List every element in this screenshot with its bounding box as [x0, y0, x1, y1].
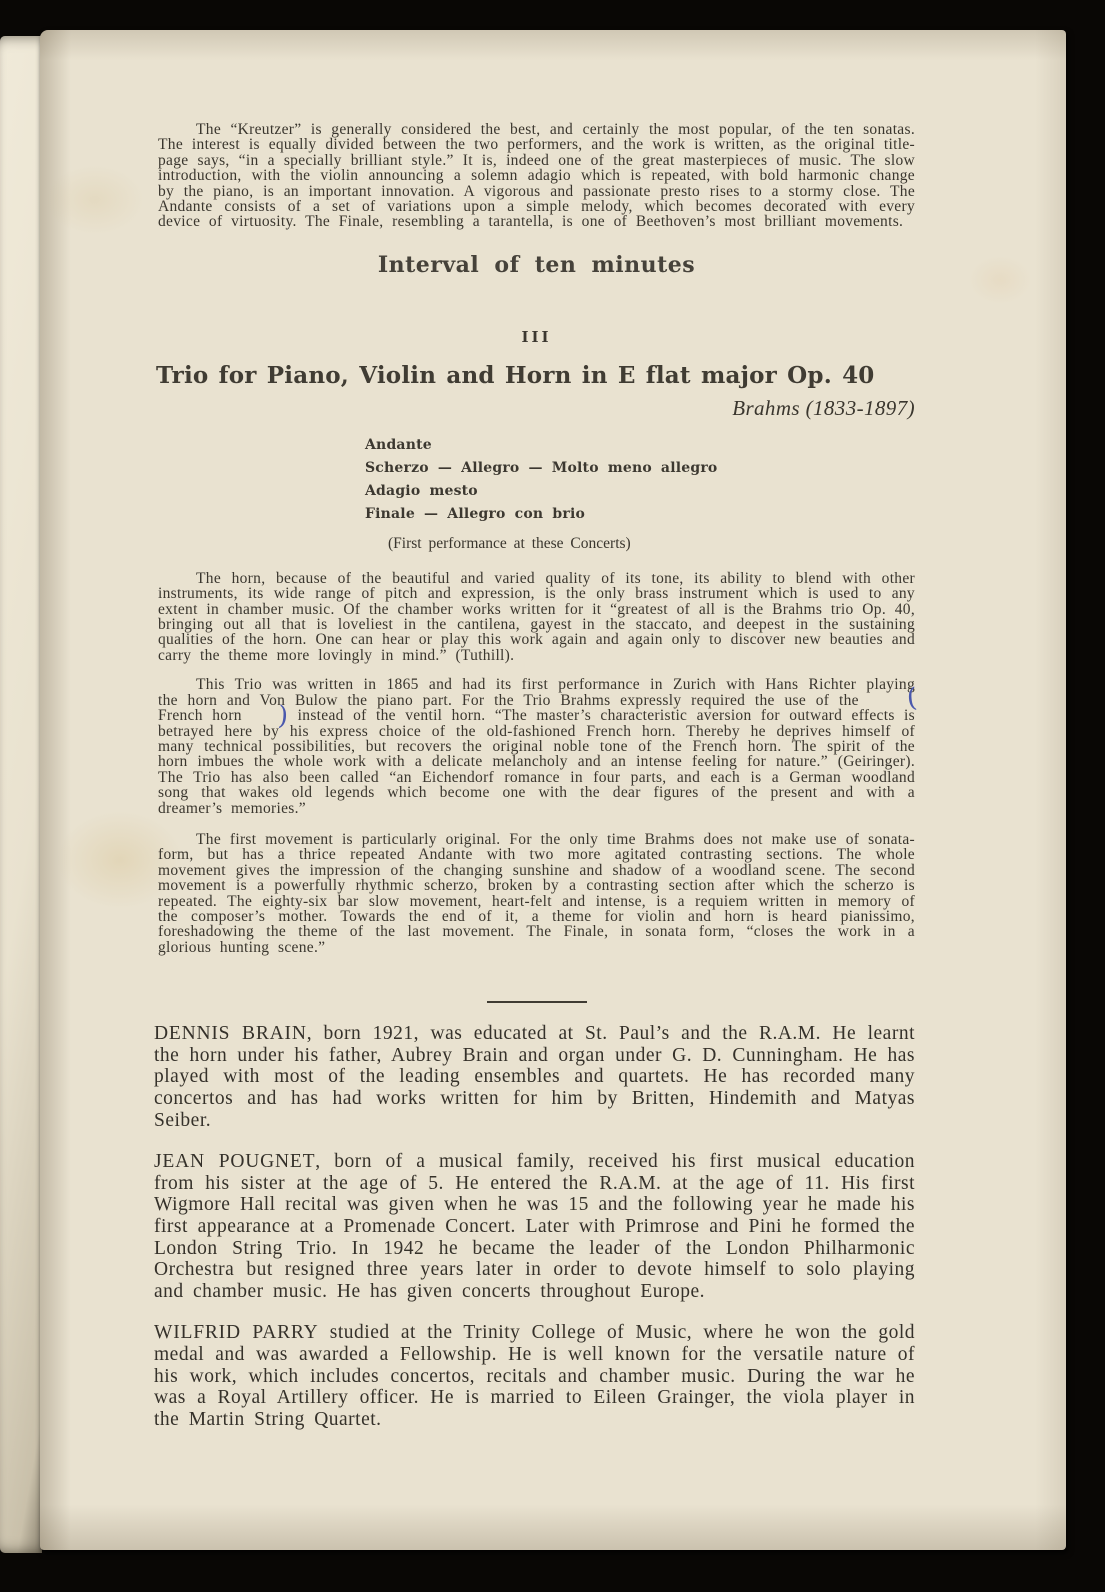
work-title: Trio for Piano, Violin and Horn in E fla…	[156, 362, 915, 389]
section-divider	[487, 1001, 587, 1003]
first-movement-paragraph: The first movement is particularly origi…	[158, 832, 915, 955]
ink-annotation-close-paren: )	[240, 713, 288, 716]
trio-history-paragraph: This Trio was written in 1865 and had it…	[158, 677, 915, 816]
scan-background: The “Kreutzer” is generally considered t…	[0, 0, 1105, 1592]
bio-text: , born of a musical family, received his…	[154, 1151, 915, 1302]
trio-history-after: instead of the ventil horn. “The master’…	[158, 707, 915, 816]
movement-item: Adagio mesto	[365, 480, 915, 503]
bio-name: WILFRID PARRY	[154, 1322, 319, 1343]
kreutzer-paragraph: The “Kreutzer” is generally considered t…	[158, 122, 915, 230]
page-gutter-edge	[0, 36, 42, 1553]
movement-item: Finale — Allegro con brio	[365, 503, 915, 526]
composer-name: Brahms (1833-1897)	[158, 396, 915, 421]
movements-list: Andante Scherzo — Allegro — Molto meno a…	[365, 434, 915, 526]
bio-dennis-brain: DENNIS BRAIN, born 1921, was educated at…	[154, 1023, 915, 1131]
programme-page: The “Kreutzer” is generally considered t…	[40, 30, 1066, 1550]
ink-annotation-open-paren: (	[869, 698, 917, 702]
page-content-column: The “Kreutzer” is generally considered t…	[158, 122, 915, 1430]
section-number: III	[158, 328, 915, 346]
movement-item: Scherzo — Allegro — Molto meno allegro	[365, 457, 915, 480]
horn-paragraph: The horn, because of the beautiful and v…	[158, 571, 915, 663]
trio-history-before: This Trio was written in 1865 and had it…	[158, 676, 915, 708]
bio-jean-pougnet: JEAN POUGNET, born of a musical family, …	[154, 1151, 915, 1302]
bio-name: JEAN POUGNET	[154, 1151, 315, 1172]
bio-name: DENNIS BRAIN	[154, 1023, 307, 1044]
interval-heading: Interval of ten minutes	[158, 252, 915, 278]
movement-item: Andante	[365, 434, 915, 457]
first-performance-note: (First performance at these Concerts)	[388, 535, 915, 553]
bio-wilfrid-parry: WILFRID PARRY studied at the Trinity Col…	[154, 1322, 915, 1430]
